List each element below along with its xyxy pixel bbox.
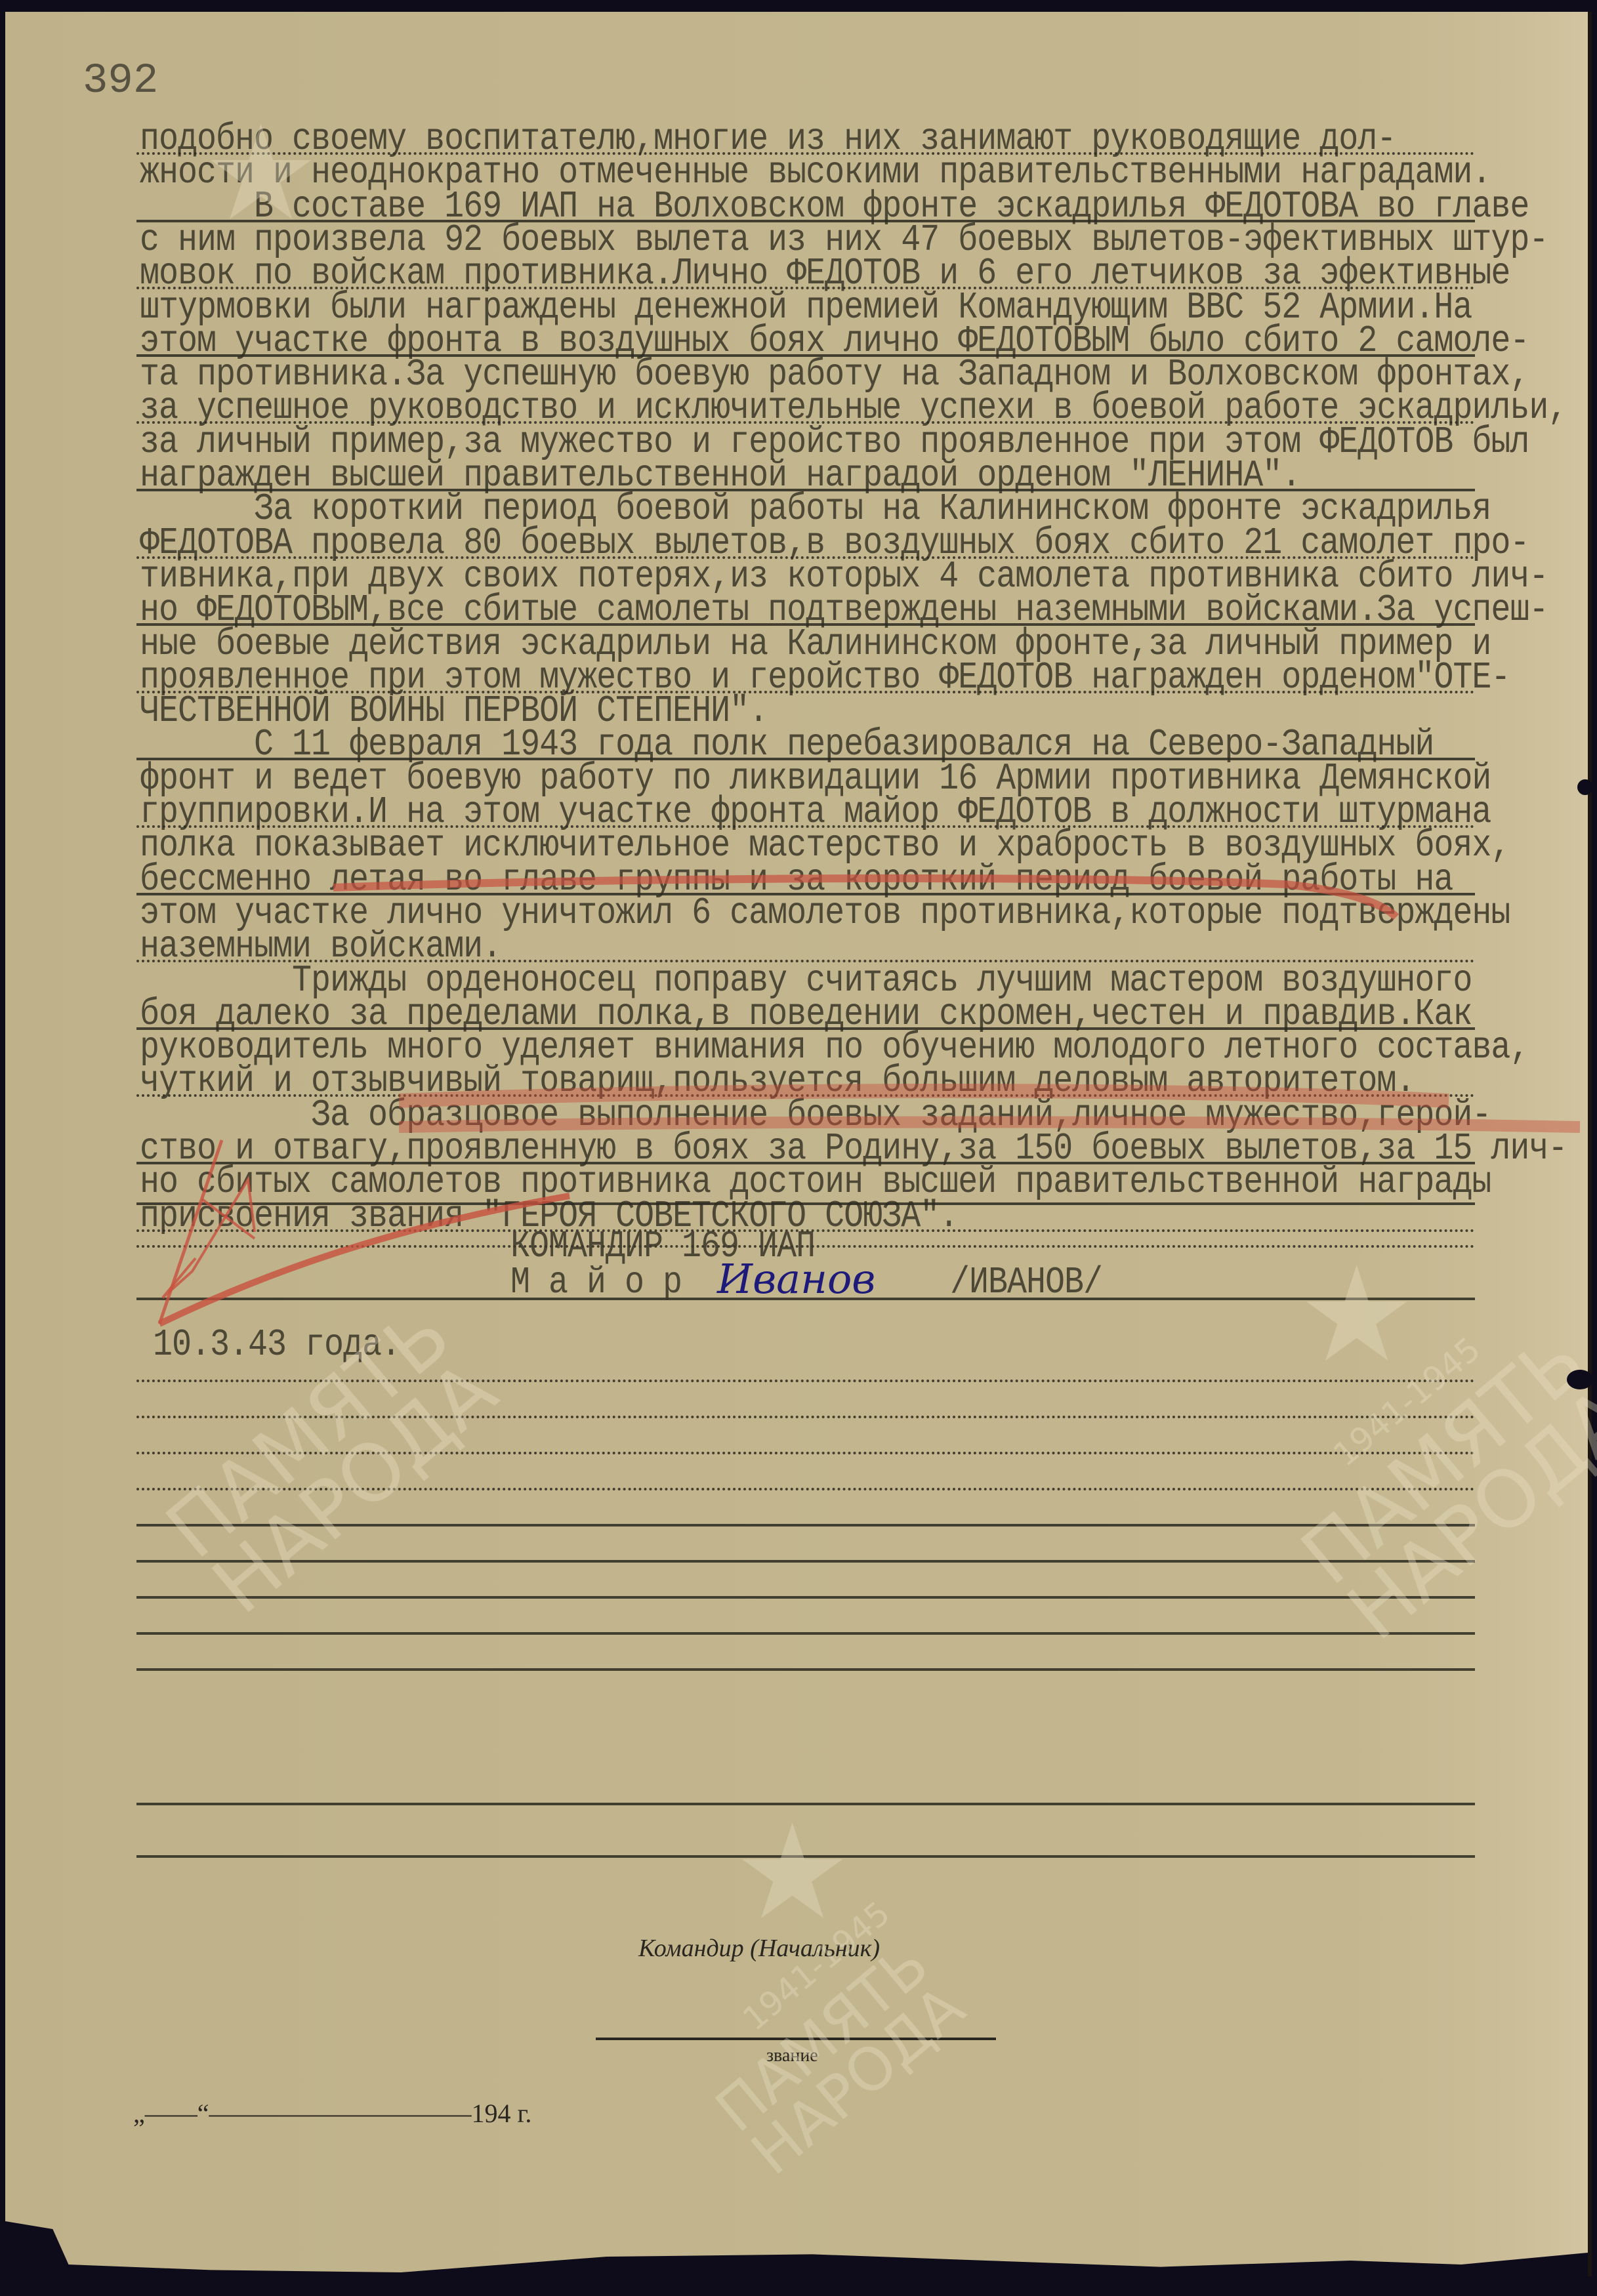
binding-hole xyxy=(1577,779,1593,795)
red-pencil-marks xyxy=(5,12,1588,2276)
binding-hole xyxy=(1567,1370,1593,1389)
document-page: 392 подобно своему воспитателю,многие из… xyxy=(5,12,1592,2276)
